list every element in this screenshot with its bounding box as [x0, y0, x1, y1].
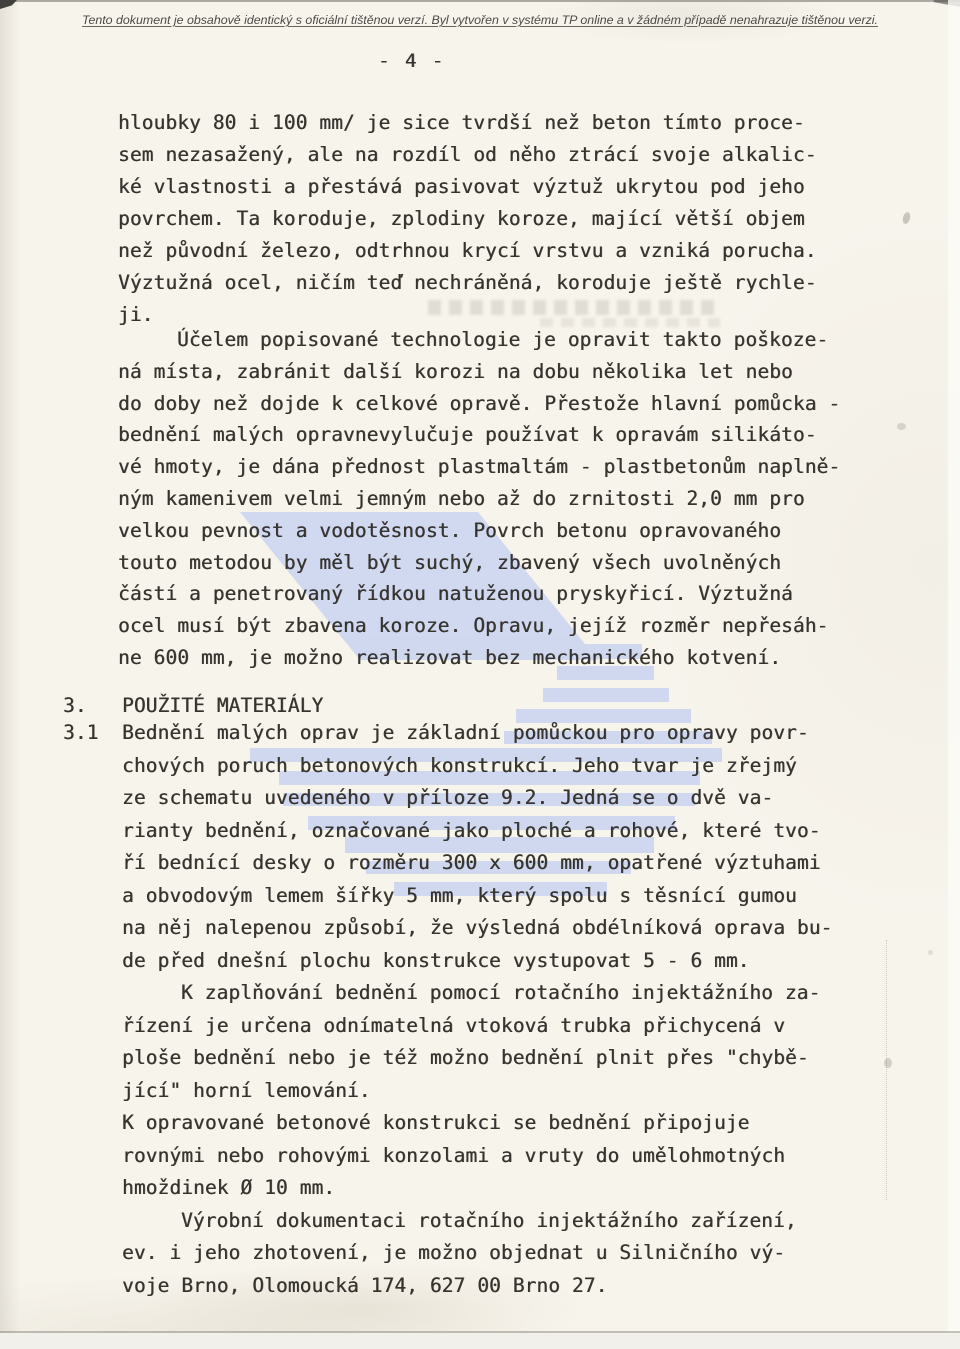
text-line: touto metodou by měl být suchý, zbavený …	[118, 547, 840, 579]
header-note: Tento dokument je obsahově identický s o…	[82, 13, 878, 27]
page-number: - 4 -	[378, 50, 445, 72]
paragraph-1: hloubky 80 i 100 mm/ je sice tvrdší než …	[118, 107, 817, 331]
text-line: ří bednící desky o rozměru 300 x 600 mm,…	[122, 847, 832, 880]
text-line: vé hmoty, je dána přednost plastmaltám -…	[118, 451, 840, 483]
text-line: de před dnešní plochu konstrukce vystupo…	[122, 945, 832, 978]
text-line: ze schematu uvedeného v příloze 9.2. Jed…	[122, 782, 832, 815]
text-line: povrchem. Ta koroduje, zplodiny koroze, …	[118, 203, 817, 235]
text-line: Bednění malých oprav je základní pomůcko…	[122, 717, 832, 750]
text-line: sem nezasažený, ale na rozdíl od něho zt…	[118, 139, 817, 171]
paragraph-2: Účelem popisované technologie je opravit…	[118, 324, 840, 674]
text-line: Účelem popisované technologie je opravit…	[118, 324, 840, 356]
text-line: Výztužná ocel, ničím teď nechráněná, kor…	[118, 267, 817, 299]
text-line: ké vlastnosti a přestává pasivovat výztu…	[118, 171, 817, 203]
text-line: K zaplňování bednění pomocí rotačního in…	[122, 977, 832, 1010]
text-line: rovnými nebo rohovými konzolami a vruty …	[122, 1140, 832, 1173]
text-line: bednění malých opravnevylučuje používat …	[118, 419, 840, 451]
text-line: ev. i jeho zhotovení, je možno objednat …	[122, 1237, 832, 1270]
text-line: velkou pevnost a vodotěsnost. Povrch bet…	[118, 515, 840, 547]
text-line: do doby než dojde k celkové opravě. Přes…	[118, 388, 840, 420]
text-line: jící" horní lemování.	[122, 1075, 832, 1108]
text-line: částí a penetrovaný řídkou natuženou pry…	[118, 578, 840, 610]
text-line: ným kamenivem velmi jemným nebo až do zr…	[118, 483, 840, 515]
text-line: ocel musí být zbavena koroze. Opravu, je…	[118, 610, 840, 642]
text-line: řízení je určena odnímatelná vtoková tru…	[122, 1010, 832, 1043]
watermark-stripe	[543, 688, 669, 702]
subsection-3-1-paragraph: Bednění malých oprav je základní pomůcko…	[122, 717, 832, 1302]
text-line: hmoždinek Ø 10 mm.	[122, 1172, 832, 1205]
text-line: chových poruch betonových konstrukcí. Je…	[122, 750, 832, 783]
text-line: voje Brno, Olomoucká 174, 627 00 Brno 27…	[122, 1270, 832, 1303]
text-line: než původní železo, odtrhnou krycí vrstv…	[118, 235, 817, 267]
text-line: Výrobní dokumentaci rotačního injektážní…	[122, 1205, 832, 1238]
text-line: ne 600 mm, je možno realizovat bez mecha…	[118, 642, 840, 674]
text-line: ploše bednění nebo je též možno bednění …	[122, 1042, 832, 1075]
text-line: na něj nalepenou způsobí, že výsledná ob…	[122, 912, 832, 945]
text-line: hloubky 80 i 100 mm/ je sice tvrdší než …	[118, 107, 817, 139]
subsection-number: 3.1	[63, 717, 99, 750]
scanned-document-page: Tento dokument je obsahově identický s o…	[0, 0, 960, 1349]
text-line: a obvodovým lemem šířky 5 mm, který spol…	[122, 880, 832, 913]
text-line: K opravované betonové konstrukci se bedn…	[122, 1107, 832, 1140]
text-line: ná místa, zabránit další korozi na dobu …	[118, 356, 840, 388]
text-line: rianty bednění, označované jako ploché a…	[122, 815, 832, 848]
